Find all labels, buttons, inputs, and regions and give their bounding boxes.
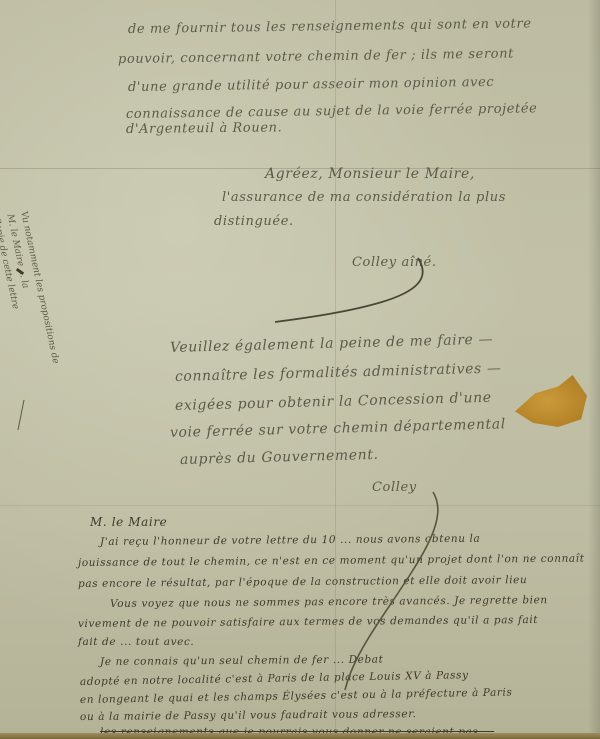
signature-flourish [0,0,600,739]
paper-bottom-edge [0,733,600,739]
letter-photo: de me fournir tous les renseignements qu… [0,0,600,739]
